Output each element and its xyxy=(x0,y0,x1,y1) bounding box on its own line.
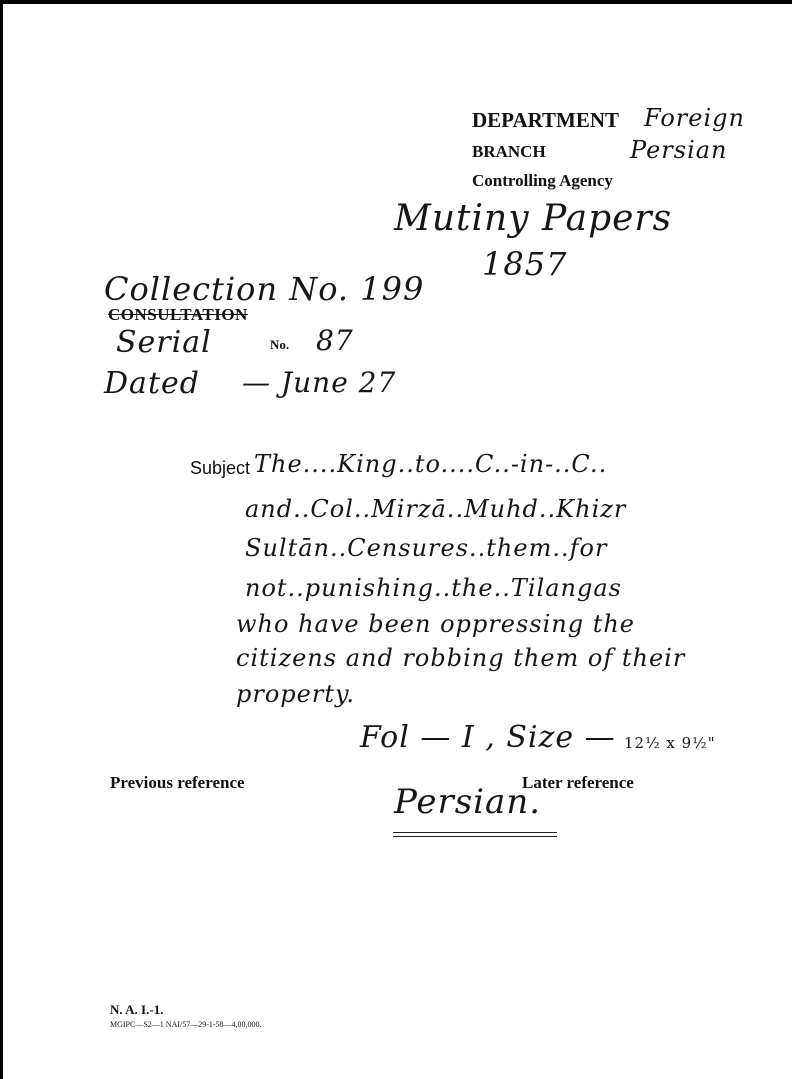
subject-line: and..Col..Mirzā..Muhd..Khizr xyxy=(245,495,626,523)
subject-line: who have been oppressing the xyxy=(236,610,635,638)
dated-value: — June 27 xyxy=(242,366,396,399)
previous-reference-label: Previous reference xyxy=(110,773,245,793)
scan-border-left xyxy=(0,0,3,1079)
later-reference-value: Persian. xyxy=(394,782,541,822)
underline-rule xyxy=(393,832,557,833)
serial-number: 87 xyxy=(316,324,354,357)
subject-line: Sultān..Censures..them..for xyxy=(245,534,607,562)
controlling-agency-label: Controlling Agency xyxy=(472,171,613,191)
branch-value: Persian xyxy=(630,136,728,164)
serial-label-handwritten: Serial xyxy=(116,325,212,360)
subject-line: not..punishing..the..Tilangas xyxy=(245,574,622,602)
document-title: Mutiny Papers xyxy=(394,198,672,239)
serial-no-label: No. xyxy=(270,337,289,353)
collection-number: Collection No. 199 xyxy=(104,270,424,308)
printer-imprint: MGIPC—S2—1 NAI/57—29-1-58—4,00,000. xyxy=(110,1020,262,1029)
subject-label: Subject xyxy=(190,458,250,479)
subject-line: citizens and robbing them of their xyxy=(236,644,685,672)
folio-and-size: Fol — I , Size — xyxy=(360,720,616,755)
consultation-label-struck: CONSULTATION xyxy=(108,305,248,325)
underline-rule xyxy=(393,836,557,837)
department-label: DEPARTMENT xyxy=(472,108,619,133)
scan-border-top xyxy=(0,0,792,4)
subject-line: The....King..to....C..-in-..C.. xyxy=(254,450,607,478)
page-size-measure: 12½ x 9½" xyxy=(624,734,716,752)
branch-label: BRANCH xyxy=(472,142,546,162)
subject-line: property. xyxy=(236,680,355,708)
dated-label-handwritten: Dated xyxy=(104,366,200,401)
form-number: N. A. I.-1. xyxy=(110,1002,163,1018)
department-value: Foreign xyxy=(644,104,745,132)
document-year: 1857 xyxy=(482,245,567,283)
